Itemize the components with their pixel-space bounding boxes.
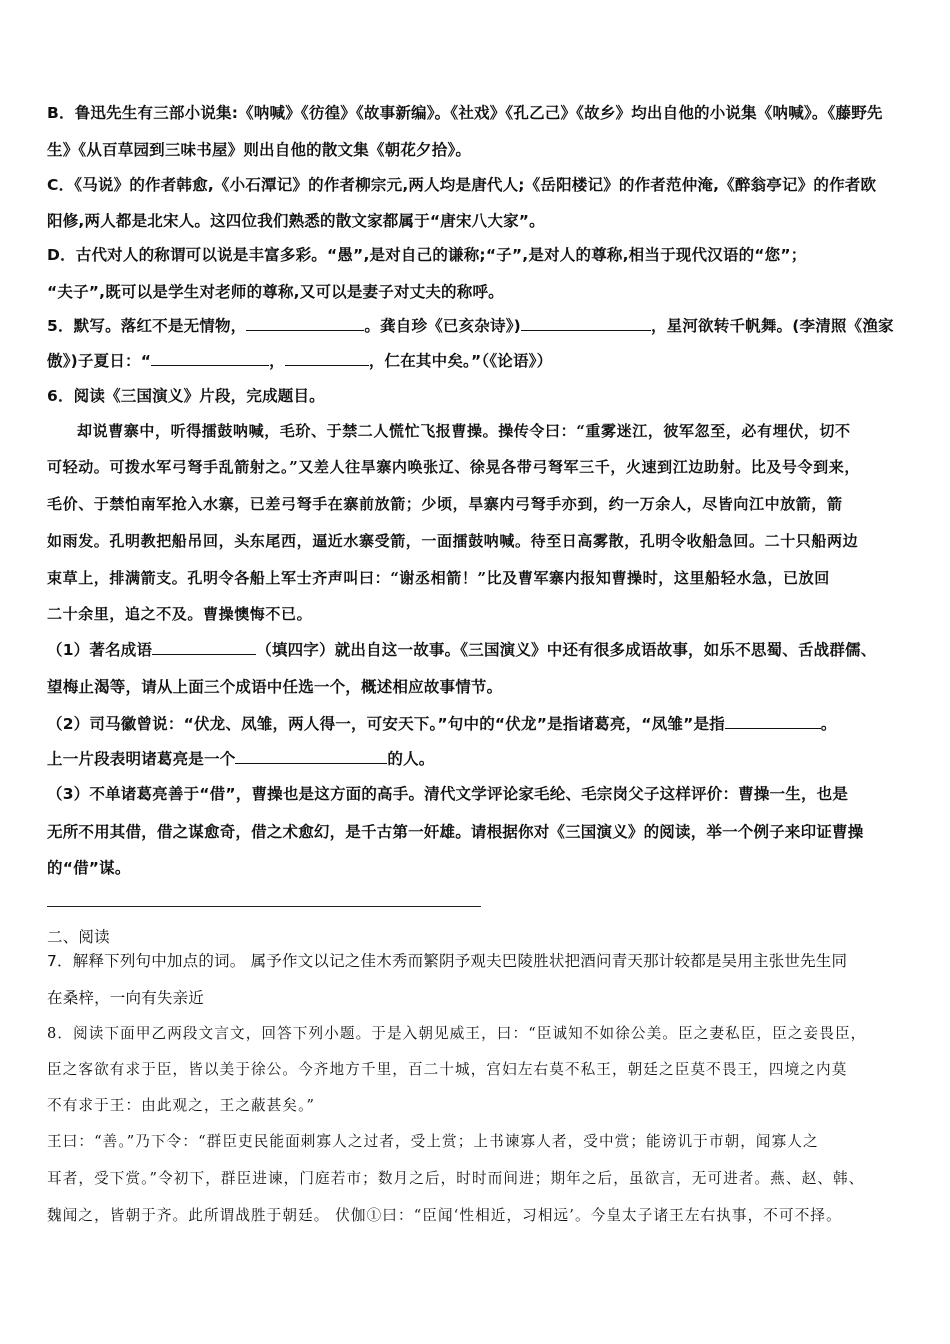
passage-line: 却说曹寨中，听得擂鼓呐喊，毛玠、于禁二人慌忙飞报曹操。操传令曰：“重雾迷江，彼军…: [47, 421, 851, 441]
answer-line[interactable]: [47, 906, 481, 907]
passage-line: 二十余里，追之不及。曹操懊悔不已。: [47, 604, 312, 624]
question-6-heading: 6．阅读《三国演义》片段，完成题目。: [47, 386, 325, 406]
q5-blank-2[interactable]: [521, 316, 651, 331]
sub2-blank-1[interactable]: [725, 714, 821, 729]
passage-line: 如雨发。孔明教把船吊回，头东尾西，逼近水寨受箭，一面擂鼓呐喊。待至日高雾散，孔明…: [47, 531, 858, 551]
sub-question-3-line-2: 无所不用其借，借之谋愈奇，借之术愈幻，是千古第一奸雄。请根据你对《三国演义》的阅…: [47, 822, 863, 842]
sub1-text-b: （填四字）就出自这一故事。《三国演义》中还有很多成语故事，如乐不思蜀、舌战群儒、: [256, 641, 876, 659]
sub2-blank-2[interactable]: [235, 749, 387, 764]
question-7-line-1: 7．解释下列句中加点的词。 属予作文以记之佳木秀而繁阴予观夫巴陵胜状把酒问青天那…: [47, 951, 847, 971]
document-page: B．鲁迅先生有三部小说集:《呐喊》《彷徨》《故事新编》。《社戏》《孔乙己》《故乡…: [0, 0, 950, 1344]
sub2-text-a: （2）司马徽曾说：“伏龙、凤雏，两人得一，可安天下。”句中的“伏龙”是指诸葛亮，…: [47, 715, 725, 733]
q5-text-a: 5．默写。落红不是无情物，: [47, 317, 246, 335]
question-8-line-2: 臣之客欲有求于臣，皆以美于徐公。今齐地方千里，百二十城，宫妇左右莫不私王，朝廷之…: [47, 1060, 847, 1080]
passage-line: 可轻动。可拨水军弓弩手乱箭射之。”又差人往旱寨内唤张辽、徐晃各带弓弩军三千，火速…: [47, 457, 860, 477]
sub1-blank[interactable]: [152, 640, 256, 655]
sub1-text-a: （1）著名成语: [47, 641, 152, 659]
passage-line: 束草上，排满箭支。孔明令各船上军士齐声叫曰：“谢丞相箭！”比及曹军寨内报知曹操时…: [47, 568, 830, 588]
sub2-text-c: 上一片段表明诸葛亮是一个: [47, 750, 235, 768]
question-8-line-6: 魏闻之，皆朝于齐。此所谓战胜于朝廷。 伏伽①曰：“臣闻‘性相近，习相远’。今皇太…: [47, 1206, 842, 1226]
sub-question-3-line-3: 的“借”谋。: [47, 858, 131, 878]
sub2-text-d: 的人。: [387, 750, 434, 768]
question-8-line-4: 王曰：“善。”乃下令：“群臣吏民能面刺寡人之过者，受上赏；上书谏寡人者，受中赏；…: [47, 1132, 819, 1152]
q5-blank-4[interactable]: [285, 351, 369, 366]
sub-question-3-line-1: （3）不单诸葛亮善于“借”，曹操也是这方面的高手。清代文学评论家毛纶、毛宗岗父子…: [47, 784, 848, 804]
sub-question-1-line-2: 望梅止渴等，请从上面三个成语中任选一个，概述相应故事情节。: [47, 677, 502, 697]
option-d-line-1: D．古代对人的称谓可以说是丰富多彩。“愚”,是对自己的谦称;“子”,是对人的尊称…: [47, 245, 806, 265]
sub-question-2-line-2: 上一片段表明诸葛亮是一个的人。: [47, 749, 435, 769]
section-2-heading: 二、阅读: [47, 927, 110, 947]
passage-line: 毛价、于禁怕南军抢入水寨，已差弓弩手在寨前放箭；少顷，旱寨内弓弩手亦到，约一万余…: [47, 494, 843, 514]
sub2-text-b: 。: [821, 715, 837, 733]
question-7-line-2: 在桑梓，一向有失亲近: [47, 988, 204, 1008]
question-8-line-1: 8．阅读下面甲乙两段文言文，回答下列小题。于是入朝见威王，曰：“臣诚知不如徐公美…: [47, 1024, 866, 1044]
question-5-line-2: 傲》)子夏日：“，，仁在其中矣。”（《论语》）: [47, 351, 552, 371]
q5-text-c: ，星河欲转千帆舞。(李清照《渔家: [651, 317, 894, 335]
q5-blank-1[interactable]: [246, 316, 364, 331]
question-5-line-1: 5．默写。落红不是无情物，。龚自珍《已亥杂诗》)，星河欲转千帆舞。(李清照《渔家: [47, 316, 894, 336]
q5-blank-3[interactable]: [151, 351, 269, 366]
option-b-line-2: 生》《从百草园到三味书屋》则出自他的散文集《朝花夕拾》。: [47, 140, 471, 160]
option-b-line-1: B．鲁迅先生有三部小说集:《呐喊》《彷徨》《故事新编》。《社戏》《孔乙己》《故乡…: [47, 103, 883, 123]
question-8-line-5: 耳者，受下赏。”令初下，群臣进谏，门庭若市；数月之后，时时而间进；期年之后，虽欲…: [47, 1169, 864, 1189]
option-c-line-1: C．《马说》的作者韩愈,《小石潭记》的作者柳宗元,两人均是唐代人;《岳阳楼记》的…: [47, 175, 876, 195]
sub-question-1-line-1: （1）著名成语（填四字）就出自这一故事。《三国演义》中还有很多成语故事，如乐不思…: [47, 640, 876, 660]
q5-text-e: ，: [269, 352, 285, 370]
question-8-line-3: 不有求于王：由此观之，王之蔽甚矣。”: [47, 1096, 315, 1116]
option-c-line-2: 阳修,两人都是北宋人。这四位我们熟悉的散文家都属于“唐宋八大家”。: [47, 211, 545, 231]
sub-question-2-line-1: （2）司马徽曾说：“伏龙、凤雏，两人得一，可安天下。”句中的“伏龙”是指诸葛亮，…: [47, 714, 837, 734]
option-d-line-2: “夫子”,既可以是学生对老师的尊称,又可以是妻子对丈夫的称呼。: [47, 282, 504, 302]
q5-text-b: 。龚自珍《已亥杂诗》): [364, 317, 521, 335]
q5-text-f: ，仁在其中矣。”（《论语》）: [369, 352, 553, 370]
q5-text-d: 傲》)子夏日：“: [47, 352, 151, 370]
